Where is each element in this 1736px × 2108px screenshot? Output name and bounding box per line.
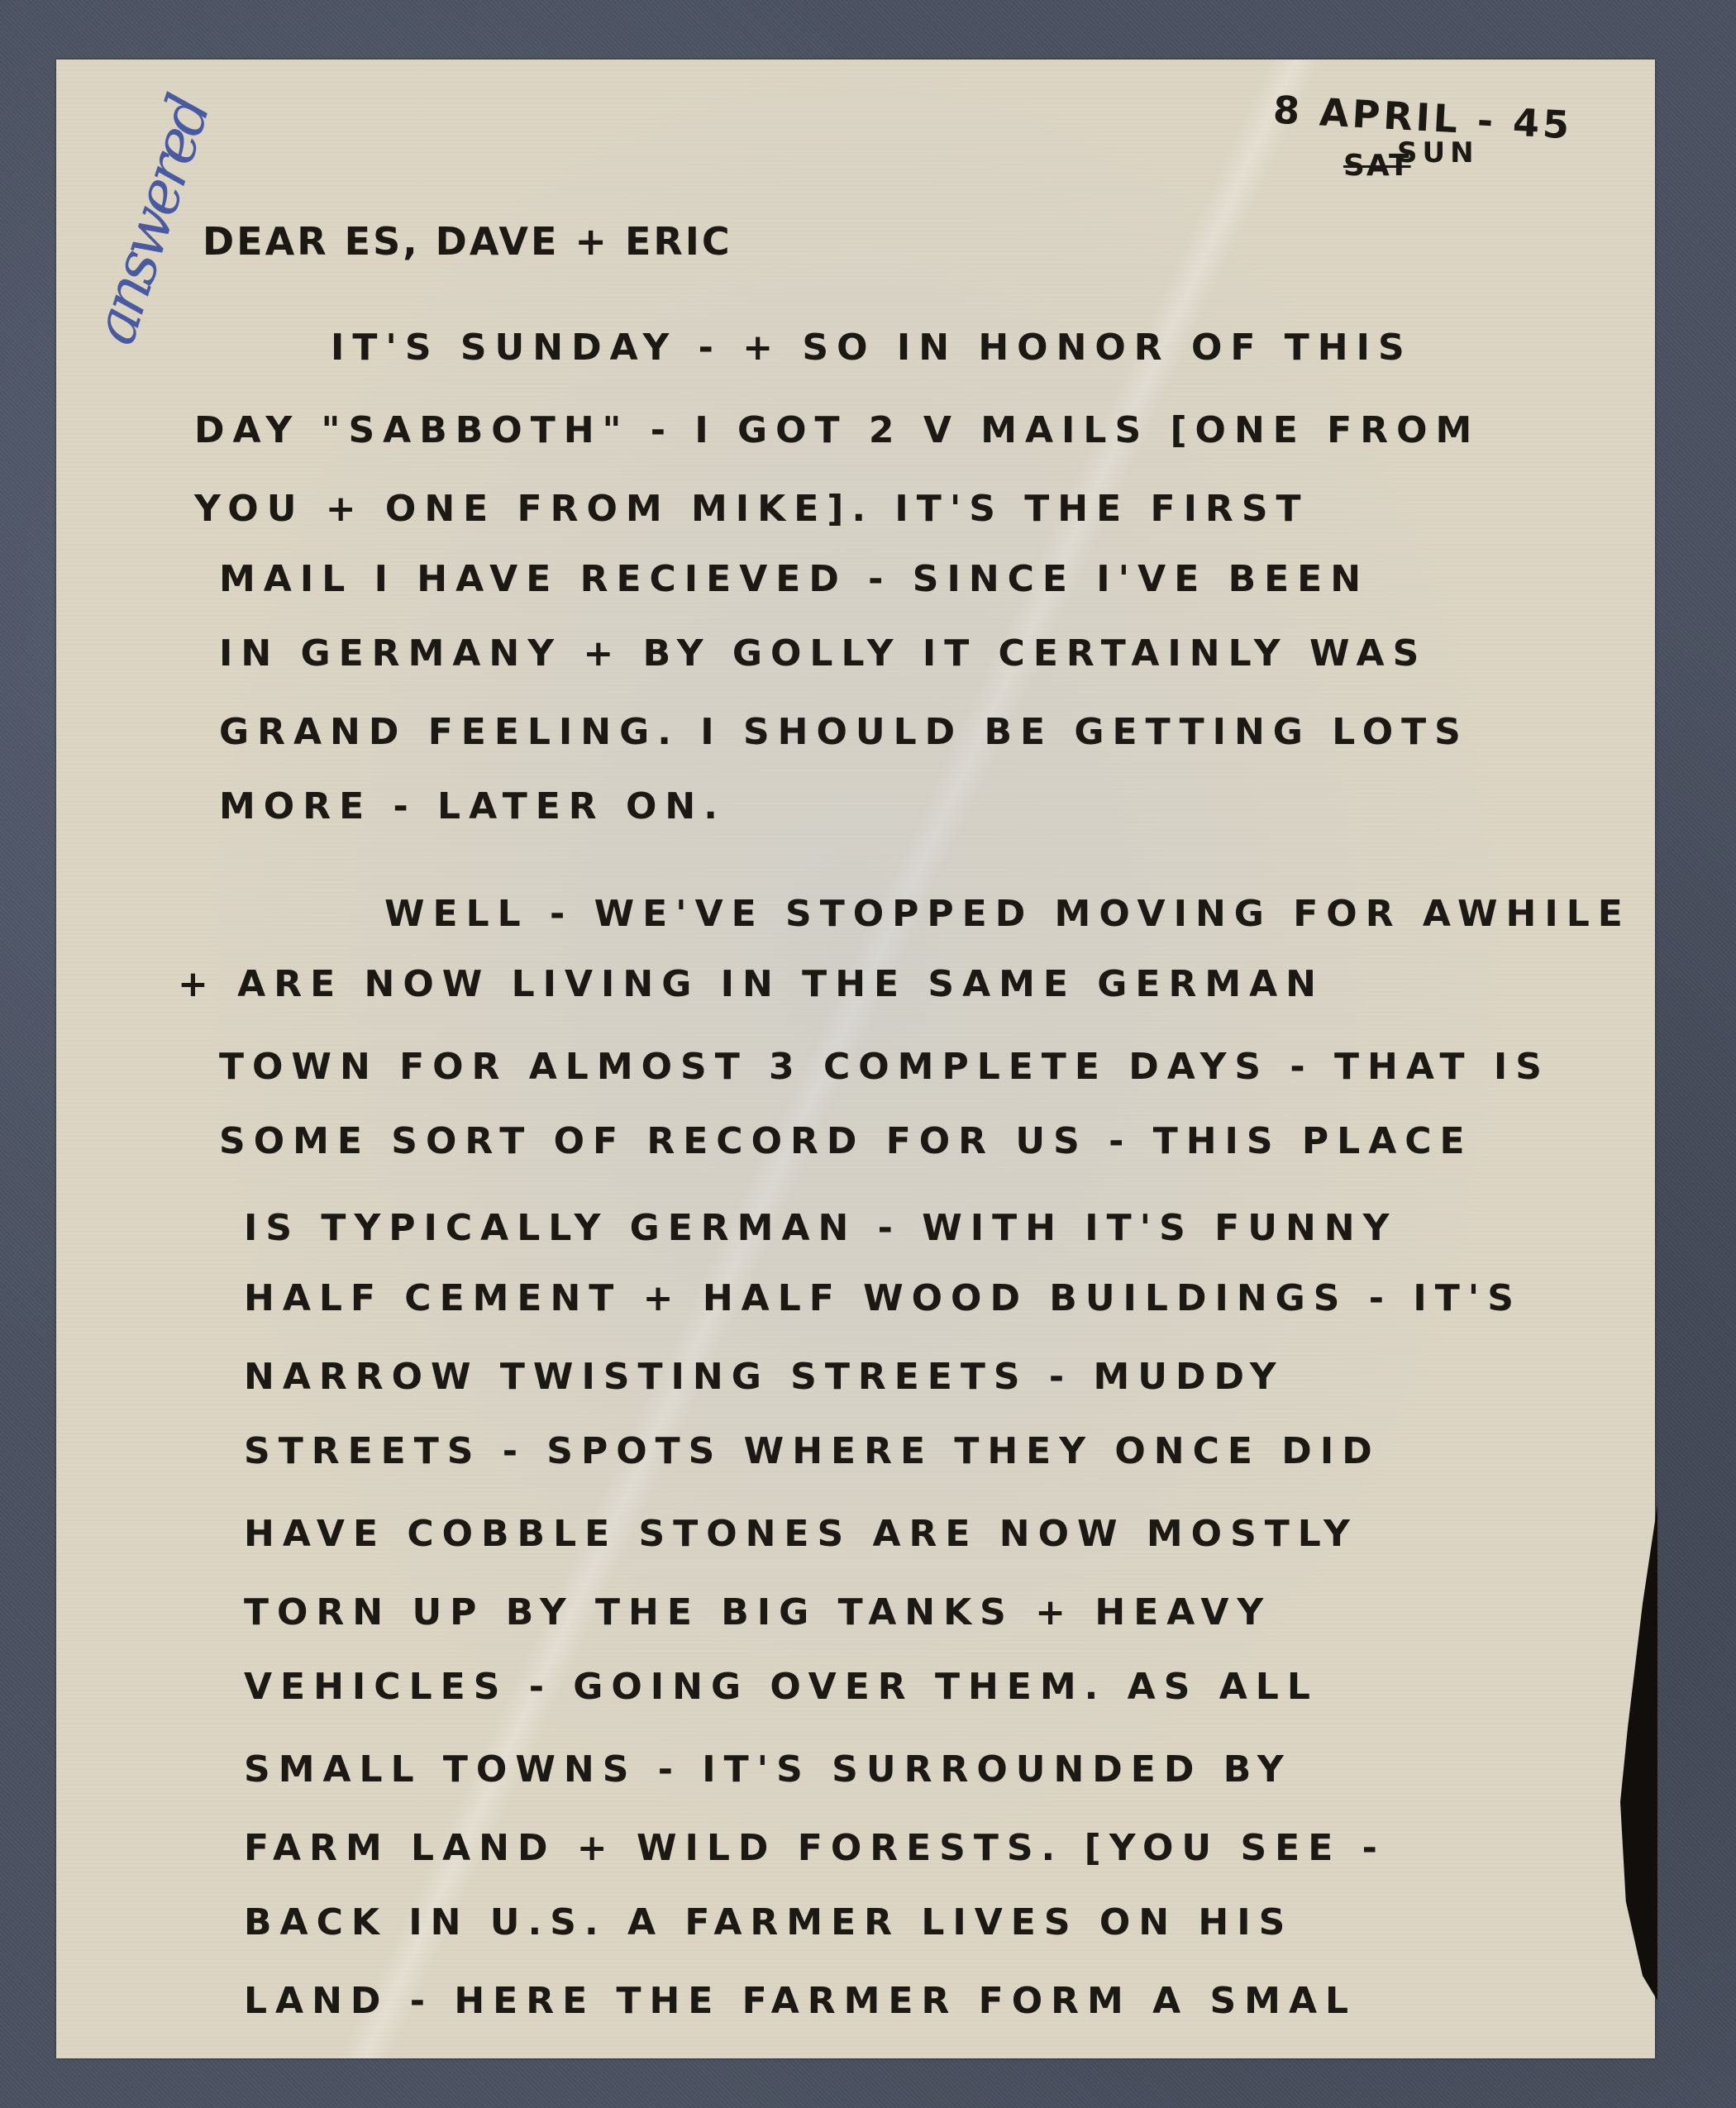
letter-line: torn up by the big tanks + heavy bbox=[244, 1591, 1271, 1633]
letter-line: land - here the farmer form a smal bbox=[244, 1980, 1357, 2022]
letter-line: farm land + wild forests. [You see - bbox=[244, 1827, 1385, 1869]
letter-line: have cobble stones are now mostly bbox=[244, 1513, 1358, 1555]
letter-line: day "Sabboth" - I got 2 V mails [one fro… bbox=[194, 409, 1480, 451]
letter-line: half cement + half wood buildings - it's bbox=[244, 1277, 1522, 1319]
letter-line: in Germany + by golly it certainly was bbox=[219, 632, 1427, 675]
letter-line: town for almost 3 complete days - That i… bbox=[219, 1046, 1550, 1088]
letter-line: Well - we've stopped moving for awhile bbox=[384, 893, 1631, 935]
salutation: Dear Es, Dave + Eric bbox=[203, 219, 732, 264]
letter-line: streets - spots where they once did bbox=[244, 1430, 1381, 1472]
letter-day: Sun bbox=[1397, 136, 1479, 169]
letter-line: more - later on. bbox=[219, 785, 726, 827]
letter-line: some sort of record for us - This place bbox=[219, 1120, 1473, 1162]
letter-line: vehicles - going over them. As all bbox=[244, 1666, 1319, 1708]
letter-line: narrow twisting streets - muddy bbox=[244, 1356, 1285, 1398]
letter-line: back in U.S. a farmer lives on his bbox=[244, 1901, 1293, 1943]
letter-line: grand feeling. I should be getting lots bbox=[219, 711, 1469, 753]
letter-line: small towns - it's surrounded by bbox=[244, 1748, 1292, 1791]
letter-line: you + one from Mike]. It's the first bbox=[194, 488, 1309, 530]
letter-line: It's Sunday - + so in honor of this bbox=[331, 327, 1413, 369]
letter-line: is typically German - with it's funny bbox=[244, 1207, 1397, 1249]
letter-line: + are now living in the same German bbox=[178, 963, 1324, 1005]
letter-line: mail I have recieved - since I've been bbox=[219, 558, 1369, 600]
